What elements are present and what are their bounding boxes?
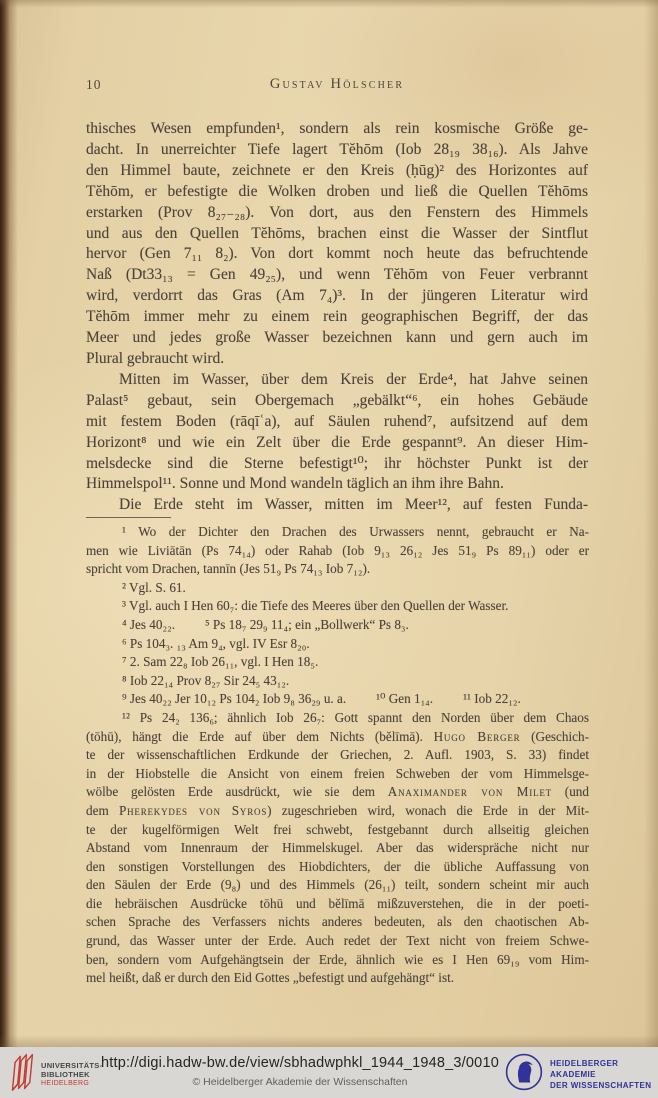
text-line: den Himmel baute, zeichnete er den Kreis… xyxy=(86,161,588,182)
text-line: und aus den Quellen Tĕhōms, brachen eins… xyxy=(86,224,588,245)
main-text-block: thisches Wesen empfunden¹, sondern als r… xyxy=(86,119,588,516)
text-line: Naß (Dt33₁₃ = Gen 49₂₅), und wenn Tĕhōm … xyxy=(86,265,588,286)
text-line: wölbe gelösten Erde ausdrückt, wie sie d… xyxy=(86,783,589,802)
text-line: thisches Wesen empfunden¹, sondern als r… xyxy=(86,119,588,140)
viewer-footer-bar: UNIVERSITÄTS- BIBLIOTHEK HEIDELBERG http… xyxy=(0,1047,658,1098)
text-line: grund, das Wasser unter der Erde. Auch r… xyxy=(86,932,589,951)
text-line: ¹² Ps 24₂ 136₆; ähnlich Iob 26₇: Gott sp… xyxy=(86,709,589,728)
text-line: Tĕhōm, er befestigte die Wolken droben u… xyxy=(86,182,588,203)
text-line: ⁶ Ps 104₃. ₁₃ Am 9₄, vgl. IV Esr 8₂₀. xyxy=(86,635,589,654)
document-url[interactable]: http://digi.hadw-bw.de/view/sbhadwphkl_1… xyxy=(90,1055,510,1071)
text-line: wird, verdorrt das Gras (Am 7₄)³. In der… xyxy=(86,286,588,307)
academy-logo: HEIDELBERGER AKADEMIE DER WISSENSCHAFTEN xyxy=(505,1053,658,1096)
page-right-edge-shadow xyxy=(644,0,658,1047)
text-line: dacht. In unerreichter Tiefe lagert Tĕhō… xyxy=(86,140,588,161)
library-logo: UNIVERSITÄTS- BIBLIOTHEK HEIDELBERG xyxy=(9,1052,102,1097)
stacked-books-icon xyxy=(9,1052,35,1097)
text-line: melsdecke sind die Sterne befestigt¹⁰; i… xyxy=(86,454,588,475)
text-line: mel heißt, daß er durch den Eid Gottes „… xyxy=(86,969,589,988)
text-line: ⁷ 2. Sam 22₈ Iob 26₁₁, vgl. I Hen 18₅. xyxy=(86,653,589,672)
text-line: die hebräischen Ausdrücke tōhū und bĕlīm… xyxy=(86,895,589,914)
academy-name-line2: DER WISSENSCHAFTEN xyxy=(550,1080,658,1091)
minerva-head-seal-icon xyxy=(505,1053,543,1096)
text-line: (tōhū), hängt die Erde auf über dem Nich… xyxy=(86,728,589,747)
text-line: spricht vom Drachen, tannīn (Jes 51₉ Ps … xyxy=(86,560,589,579)
academy-name: HEIDELBERGER AKADEMIE DER WISSENSCHAFTEN xyxy=(550,1058,658,1092)
copyright-text: © Heidelberger Akademie der Wissenschaft… xyxy=(90,1076,510,1088)
text-line: ³ Vgl. auch I Hen 60₇: die Tiefe des Mee… xyxy=(86,597,589,616)
text-line: schen Sprache des Verfassers nichts ande… xyxy=(86,913,589,932)
page-left-edge-shadow xyxy=(0,0,18,1047)
text-line: Himmelspol¹¹. Sonne und Mond wandeln täg… xyxy=(86,474,588,495)
document-link-block: http://digi.hadw-bw.de/view/sbhadwphkl_1… xyxy=(90,1055,510,1088)
text-line: Die Erde steht im Wasser, mitten im Meer… xyxy=(86,495,588,516)
text-line: mit festem Boden (rāqīʿa), auf Säulen ru… xyxy=(86,412,588,433)
page-top-edge-shadow xyxy=(0,0,658,8)
text-line: Abstand vom Innenraum der Himmelskugel. … xyxy=(86,839,589,858)
text-line: den sonstigen Vorstellungen des Hiobdich… xyxy=(86,858,589,877)
text-line: in der Hiobstelle die Ansicht von einem … xyxy=(86,765,589,784)
text-line: ⁹ Jes 40₂₂ Jer 10₁₂ Ps 104₂ Iob 9₈ 36₂₉ … xyxy=(86,690,589,709)
running-title: Gustav Hölscher xyxy=(86,76,588,93)
text-line: ¹ Wo der Dichter den Drachen des Urwasse… xyxy=(86,523,589,542)
text-line: Palast⁵ gebaut, sein Obergemach „gebälkt… xyxy=(86,391,588,412)
page-bottom-edge-shadow xyxy=(0,1035,658,1047)
text-line: hervor (Gen 7₁₁ 8₂). Von dort kommt noch… xyxy=(86,244,588,265)
book-page: 10 Gustav Hölscher thisches Wesen empfun… xyxy=(0,0,658,1047)
text-line: men wie Liviātān (Ps 74₁₄) oder Rahab (I… xyxy=(86,542,589,561)
footnote-block: ¹ Wo der Dichter den Drachen des Urwasse… xyxy=(86,523,589,988)
text-line: Tĕhōm immer mehr zu einem rein geographi… xyxy=(86,307,588,328)
text-line: ⁸ Iob 22₁₄ Prov 8₂₇ Sir 24₅ 43₁₂. xyxy=(86,672,589,691)
text-line: Meer und jedes große Wasser bezeichnen k… xyxy=(86,328,588,349)
text-line: te der kugelförmigen Welt frei schwebt, … xyxy=(86,821,589,840)
text-line: den Säulen der Erde (9₈) und des Himmels… xyxy=(86,876,589,895)
academy-name-line1: HEIDELBERGER AKADEMIE xyxy=(550,1058,658,1080)
text-line: erstarken (Prov 8₂₇₋₂₈). Von dort, aus d… xyxy=(86,203,588,224)
text-line: te der wissenschaftlichen Erdkunde der G… xyxy=(86,746,589,765)
footnote-separator-rule xyxy=(86,517,171,518)
text-line: ben, sondern vom Aufgehängtsein der Erde… xyxy=(86,951,589,970)
text-line: ⁴ Jes 40₂₂.⁵ Ps 18₇ 29₉ 11₄; ein „Bollwe… xyxy=(86,616,589,635)
scanned-page-view: 10 Gustav Hölscher thisches Wesen empfun… xyxy=(0,0,658,1098)
text-line: ² Vgl. S. 61. xyxy=(86,579,589,598)
text-line: Mitten im Wasser, über dem Kreis der Erd… xyxy=(86,370,588,391)
text-line: dem Pherekydes von Syros) zugeschrieben … xyxy=(86,802,589,821)
text-line: Plural gebraucht wird. xyxy=(86,349,588,370)
text-line: Horizont⁸ und wie ein Zelt über die Erde… xyxy=(86,433,588,454)
